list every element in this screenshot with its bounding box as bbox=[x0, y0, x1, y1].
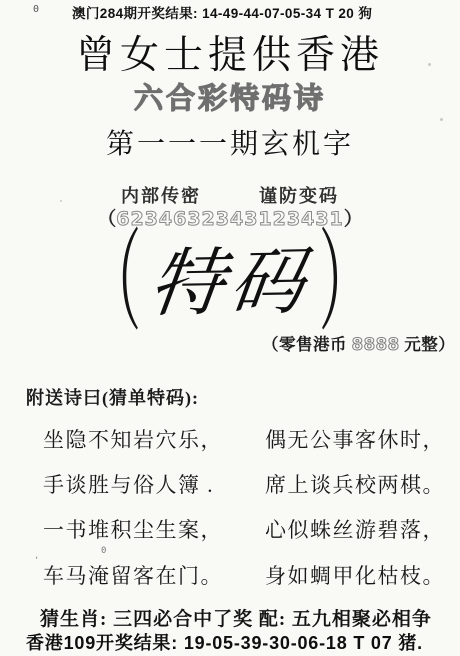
zodiac-guess-line: 猜生肖: 三四必合中了奖 配: 五九相聚必相争 bbox=[40, 604, 432, 631]
poem-line-3: 一书堆积尘生案， 心似蛛丝游碧落， bbox=[0, 514, 460, 540]
scan-speck bbox=[440, 118, 443, 121]
secret-left-label: 内部传密 bbox=[121, 186, 201, 206]
poem-line-1: 坐隐不知岩穴乐， 偶无公事客休时， bbox=[0, 424, 460, 450]
special-open-paren: （ bbox=[89, 229, 141, 339]
scan-margin-mark: 0 bbox=[101, 546, 106, 556]
hk-result-line: 香港109开奖结果: 19-05-39-30-06-18 T 07 猪. bbox=[26, 629, 423, 655]
corner-mark: 0 bbox=[33, 4, 39, 15]
special-close-paren: ） bbox=[319, 229, 371, 339]
poem-line-4-left: 车马淹留客在门。 bbox=[43, 560, 223, 590]
poem-line-2-right: 席上谈兵校两棋。 bbox=[265, 469, 445, 499]
macau-result-line: 澳门284期开奖结果: 14-49-44-07-05-34 T 20 狗 bbox=[72, 2, 372, 22]
price-prefix: （零售港币 bbox=[262, 335, 352, 354]
page-title: 曾女士提供香港 bbox=[0, 24, 460, 80]
poem-line-2-left: 手谈胜与俗人簿 . bbox=[43, 469, 214, 499]
issue-number-line: 第一一一期玄机字 bbox=[0, 122, 460, 162]
cipher-code-line: （6234632343123431） bbox=[0, 204, 460, 231]
poem-line-4-right: 身如蜩甲化枯枝。 bbox=[265, 560, 445, 590]
poem-heading: 附送诗曰(猜单特码): bbox=[26, 384, 199, 410]
poem-line-1-right: 偶无公事客休时， bbox=[265, 424, 445, 454]
retail-price-line: （零售港币 8888 元整） bbox=[262, 331, 455, 355]
poem-line-4: 车马淹留客在门。 身如蜩甲化枯枝。 bbox=[0, 560, 460, 586]
poem-line-1-left: 坐隐不知岩穴乐， bbox=[43, 424, 223, 454]
scanned-lottery-flyer: 0 澳门284期开奖结果: 14-49-44-07-05-34 T 20 狗 曾… bbox=[0, 0, 460, 656]
special-code-banner: （ 特码 ） bbox=[0, 236, 460, 332]
poem-line-2: 手谈胜与俗人簿 . 席上谈兵校两棋。 bbox=[0, 469, 460, 495]
secret-right-label: 谨防变码 bbox=[259, 186, 339, 206]
scan-speck bbox=[60, 200, 62, 202]
poem-line-3-right: 心似蛛丝游碧落， bbox=[265, 514, 445, 544]
special-code-word: 特码 bbox=[145, 246, 314, 323]
scan-speck bbox=[428, 63, 431, 66]
poem-line-3-left: 一书堆积尘生案， bbox=[43, 514, 223, 544]
cipher-digits: 6234632343123431 bbox=[116, 208, 344, 230]
scan-margin-mark: ' bbox=[34, 556, 39, 566]
subtitle-lottery-poem: 六合彩特码诗 bbox=[0, 76, 460, 117]
price-amount: 8888 bbox=[352, 335, 400, 354]
price-suffix: 元整） bbox=[400, 335, 456, 354]
